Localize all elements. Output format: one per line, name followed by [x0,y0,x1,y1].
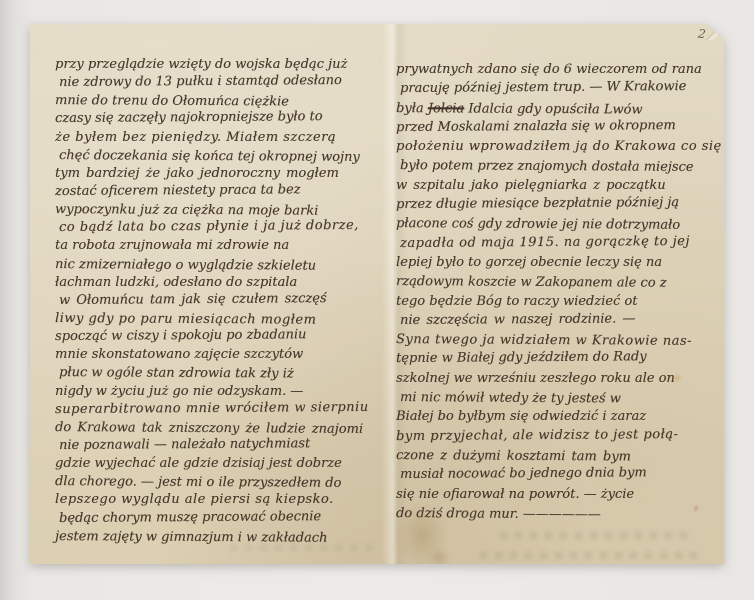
handwritten-line: gdzie wyjechać ale gdzie dzisiaj jest do… [55,455,389,473]
handwritten-line: mi nic mówił wtedy że ty jesteś w [396,388,718,409]
handwritten-line: Białej bo byłbym się odwiedzić i zaraz [396,407,718,426]
letter-page-right: prywatnych zdano się do 6 wieczorem od r… [396,60,718,523]
handwritten-line: nic zmizerniałego o wyglądzie szkieletu [55,256,389,276]
handwritten-line: tego będzie Bóg to raczy wiedzieć ot [396,292,718,311]
bleed-through-mark [480,552,700,559]
bleed-through-mark [230,544,380,551]
handwritten-line: przez długie miesiące bezpłatnie później… [396,193,718,215]
handwritten-line: lepszego wyglądu ale piersi są kiepsko. [55,491,389,509]
handwritten-line: spocząć w ciszy i spokoju po zbadaniu [55,326,389,346]
handwritten-line: tępnie w Białej gdy jeździłem do Rady [396,347,718,369]
handwritten-line: rządowym koszcie w Zakopanem ale co z [396,272,718,293]
corner-fold [704,24,724,40]
handwritten-line: nie poznawali — należało natychmiast [55,435,389,455]
handwritten-line: że byłem bez pieniędzy. Miałem szczerą [55,129,389,147]
bleed-through-mark [500,532,690,539]
handwritten-line: chęć doczekania się końca tej okropnej w… [55,147,389,167]
scanned-letter-photo: 2 przy przeglądzie wzięty do wojska będą… [0,0,754,600]
handwritten-line: w Ołomuńcu tam jak się czułem szczęś [55,289,389,309]
handwritten-line: superarbitrowano mnie wróciłem w sierpni… [55,398,389,418]
handwritten-line: co bądź lata bo czas płynie i ja już dob… [55,217,389,237]
handwritten-line: ta robota zrujnowała mi zdrowie na [55,237,389,255]
handwritten-line: musiał nocować bo jednego dnia bym [396,463,718,485]
handwritten-line: położeniu wprowadziłem ją do Krakowa co … [396,137,718,156]
handwritten-line: dla chorego. — jest mi o ile przyszedłem… [55,473,389,493]
handwritten-line: nie zdrowy do 13 pułku i stamtąd odesłan… [55,72,389,92]
struck-word: Jolcia [428,101,464,116]
line-text: Idalcia gdy opuściła Lwów [464,101,642,117]
handwritten-line: się nie ofiarował na powrót. — życie [396,485,718,504]
handwritten-line: bym przyjechał, ale widzisz to jest połą… [396,424,718,446]
handwritten-line: nie szczęścia w naszej rodzinie. — [396,309,718,331]
letter-sheet: 2 przy przeglądzie wzięty do wojska będą… [30,24,724,564]
line-text: była [396,101,428,116]
handwritten-line: szkolnej we wrześniu zeszłego roku ale o… [396,369,718,388]
handwritten-line: mnie skonstatowano zajęcie szczytów [55,346,389,364]
handwritten-line: było potem przez znajomych dostała miejs… [396,156,718,177]
letter-paper: 2 przy przeglądzie wzięty do wojska będą… [30,24,724,564]
handwritten-line: zostać oficerem niestety praca ta bez [55,181,389,201]
ink-stain [424,544,454,572]
handwritten-line: płuc w ogóle stan zdrowia tak zły iż [55,364,389,384]
handwritten-line: lepiej było to gorzej obecnie leczy się … [396,253,718,272]
handwritten-line: do dziś droga mur. —————— [396,504,718,525]
handwritten-line: zapadła od maja 1915. na gorączkę to jej [396,231,718,253]
handwritten-line: nigdy w życiu już go nie odzyskam. — [55,383,389,401]
handwritten-line: czasy się zaczęły najokropniejsze było t… [55,108,389,128]
handwritten-line: przed Moskalami znalazła się w okropnem [396,116,718,138]
handwritten-line: będąc chorym muszę pracować obecnie [55,507,389,527]
letter-page-left: przy przeglądzie wzięty do wojska będąc … [55,56,389,546]
handwritten-line: pracuję później jestem trup. — W Krakowi… [396,77,718,99]
